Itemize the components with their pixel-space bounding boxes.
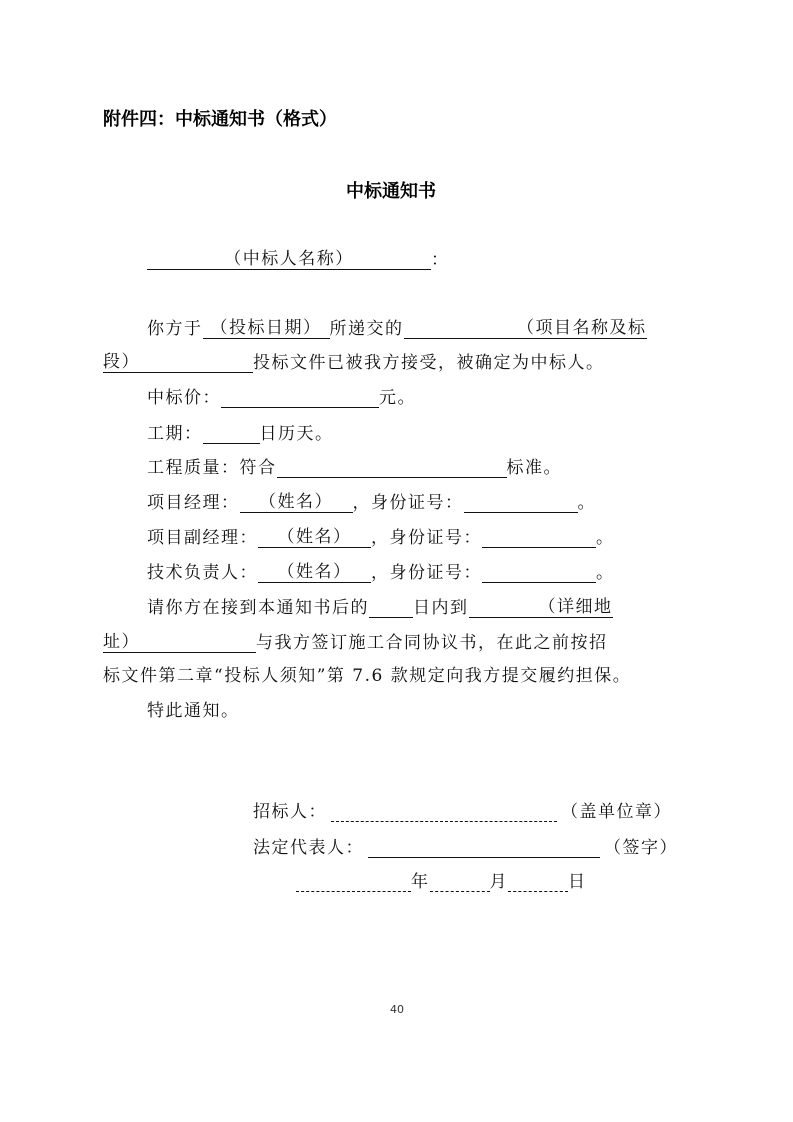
month-field[interactable]: [430, 877, 490, 892]
deputy-pm-name-field[interactable]: （姓名）: [258, 527, 371, 548]
quality-standard-field[interactable]: [277, 457, 507, 478]
day-field[interactable]: [508, 877, 568, 892]
document-title: 中标通知书: [346, 177, 436, 203]
days-field[interactable]: [369, 597, 413, 618]
attachment-heading: 附件四：中标通知书（格式）: [103, 105, 337, 131]
tenderer-row: 招标人：（盖单位章）: [253, 802, 672, 822]
tenderer-seal-field[interactable]: [331, 807, 557, 822]
tech-lead-row: 技术负责人：（姓名），身份证号：。: [147, 562, 615, 583]
pm-id-field[interactable]: [464, 492, 578, 513]
para2-line3: 标文件第二章“投标人须知”第 7.6 款规定向我方提交履约担保。: [103, 666, 631, 686]
addressee-field[interactable]: （中标人名称）: [147, 249, 431, 270]
tech-lead-id-field[interactable]: [482, 562, 596, 583]
deputy-pm-row: 项目副经理：（姓名），身份证号：。: [147, 527, 615, 548]
pm-name-field[interactable]: （姓名）: [240, 492, 353, 513]
para1-line1: 你方于（投标日期）所递交的（项目名称及标: [147, 318, 647, 339]
para2-line1: 请你方在接到本通知书后的日内到（详细地: [147, 597, 613, 618]
price-row: 中标价：元。: [147, 387, 416, 408]
bid-date-field[interactable]: （投标日期）: [203, 318, 330, 339]
para2-line2: 址）与我方签订施工合同协议书，在此之前按招: [103, 632, 608, 653]
page-number: 40: [390, 1003, 404, 1016]
quality-row: 工程质量：符合标准。: [147, 457, 562, 478]
closing-text: 特此通知。: [147, 701, 240, 721]
project-name-field[interactable]: （项目名称及标: [404, 318, 647, 339]
address-field-cont[interactable]: 址）: [103, 632, 256, 653]
duration-row: 工期：日历天。: [147, 423, 334, 444]
duration-field[interactable]: [203, 423, 260, 444]
year-field[interactable]: [296, 877, 411, 892]
price-field[interactable]: [221, 387, 379, 408]
addressee-line: （中标人名称）：: [147, 249, 450, 270]
project-manager-row: 项目经理：（姓名），身份证号：。: [147, 492, 596, 513]
tech-lead-name-field[interactable]: （姓名）: [258, 562, 371, 583]
para1-line2: 段）投标文件已被我方接受，被确定为中标人。: [103, 352, 605, 373]
project-name-field-cont[interactable]: 段）: [103, 352, 253, 373]
address-field[interactable]: （详细地: [469, 597, 613, 618]
legal-rep-row: 法定代表人：（签字）: [253, 837, 678, 858]
date-row: 年月日: [296, 872, 587, 892]
legal-rep-signature-field[interactable]: [368, 837, 600, 858]
deputy-pm-id-field[interactable]: [482, 527, 596, 548]
